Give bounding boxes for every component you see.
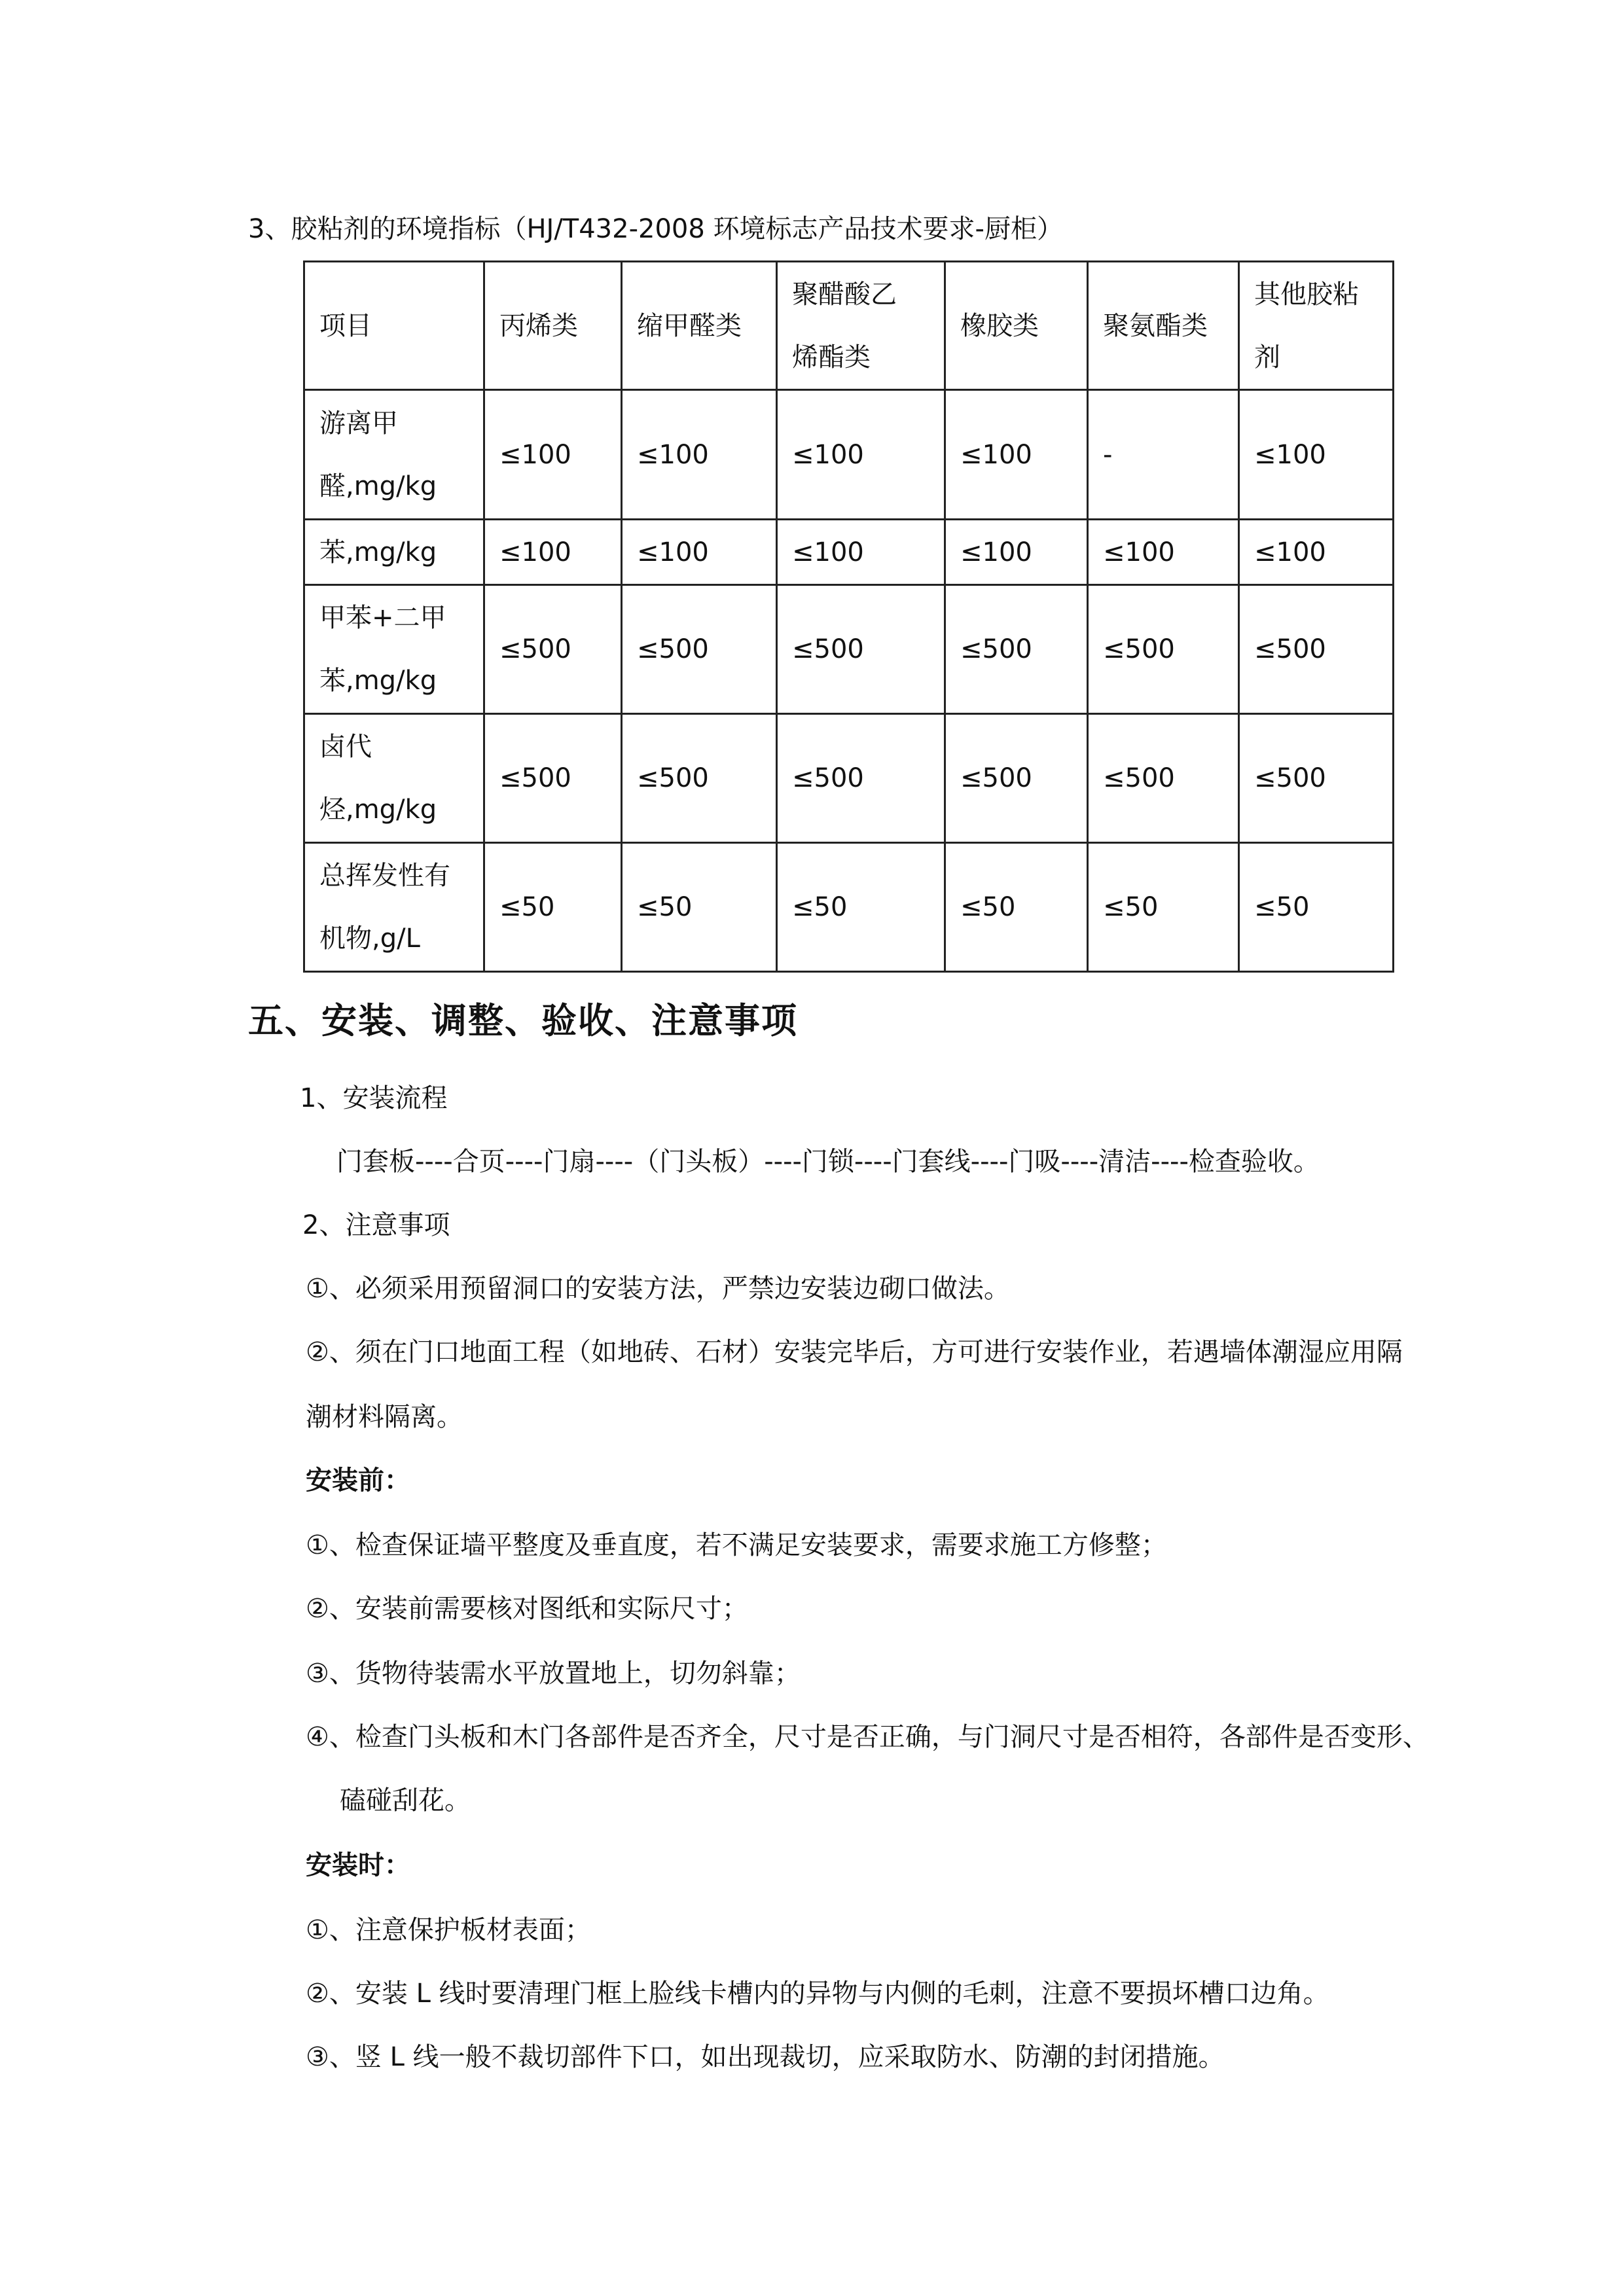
during-install-item: ②、安装 L 线时要清理门框上脸线卡槽内的异物与内侧的毛刺，注意不要损坏槽口边角… xyxy=(306,1975,1329,2012)
value-cell: ≤50 xyxy=(622,843,777,972)
table-row: 总挥发性有机物,g/L ≤50 ≤50 ≤50 ≤50 ≤50 ≤50 xyxy=(304,843,1394,972)
before-install-item-continuation: 磕碰刮花。 xyxy=(340,1782,471,1819)
install-flow-text: 门套板----合页----门扇----（门头板）----门锁----门套线---… xyxy=(336,1143,1320,1180)
value-cell: ≤50 xyxy=(484,843,622,972)
section-title-adhesive-indicators: 3、胶粘剂的环境指标（HJ/T432-2008 环境标志产品技术要求-厨柜） xyxy=(248,211,1063,247)
value-cell: ≤500 xyxy=(484,585,622,714)
subsection-title-install-flow: 1、安装流程 xyxy=(300,1080,447,1117)
value-cell: ≤50 xyxy=(945,843,1088,972)
value-cell: ≤500 xyxy=(1239,714,1394,843)
value-cell: ≤500 xyxy=(1088,585,1239,714)
row-label: 卤代烃,mg/kg xyxy=(304,714,484,843)
table-row: 卤代烃,mg/kg ≤500 ≤500 ≤500 ≤500 ≤500 ≤500 xyxy=(304,714,1394,843)
value-cell: ≤50 xyxy=(1088,843,1239,972)
value-cell: ≤100 xyxy=(622,390,777,520)
before-install-item: ②、安装前需要核对图纸和实际尺寸； xyxy=(306,1590,748,1627)
value-cell: - xyxy=(1088,390,1239,520)
before-install-item: ①、检查保证墙平整度及垂直度，若不满足安装要求，需要求施工方修整； xyxy=(306,1527,1167,1564)
value-cell: ≤100 xyxy=(622,520,777,585)
note-item: ②、须在门口地面工程（如地砖、石材）安装完毕后，方可进行安装作业，若遇墙体潮湿应… xyxy=(306,1334,1403,1371)
row-label: 苯,mg/kg xyxy=(304,520,484,585)
row-label: 总挥发性有机物,g/L xyxy=(304,843,484,972)
table-header-row: 项目 丙烯类 缩甲醛类 聚醋酸乙烯酯类 橡胶类 聚氨酯类 其他胶粘剂 xyxy=(304,262,1394,390)
value-cell: ≤100 xyxy=(484,520,622,585)
row-label: 甲苯+二甲苯,mg/kg xyxy=(304,585,484,714)
value-cell: ≤500 xyxy=(945,714,1088,843)
value-cell: ≤100 xyxy=(777,390,945,520)
header-cell-rubber: 橡胶类 xyxy=(945,262,1088,390)
value-cell: ≤100 xyxy=(945,520,1088,585)
header-cell-formal: 缩甲醛类 xyxy=(622,262,777,390)
before-install-item: ③、货物待装需水平放置地上，切勿斜靠； xyxy=(306,1655,801,1692)
table-row: 游离甲醛,mg/kg ≤100 ≤100 ≤100 ≤100 - ≤100 xyxy=(304,390,1394,520)
section-heading-installation: 五、安装、调整、验收、注意事项 xyxy=(248,998,798,1044)
value-cell: ≤500 xyxy=(622,585,777,714)
header-cell-other: 其他胶粘剂 xyxy=(1239,262,1394,390)
value-cell: ≤100 xyxy=(1088,520,1239,585)
adhesive-environment-table: 项目 丙烯类 缩甲醛类 聚醋酸乙烯酯类 橡胶类 聚氨酯类 其他胶粘剂 游离甲醛,… xyxy=(303,260,1394,973)
during-install-label: 安装时： xyxy=(306,1847,410,1884)
during-install-item: ①、注意保护板材表面； xyxy=(306,1912,591,1948)
value-cell: ≤100 xyxy=(1239,520,1394,585)
value-cell: ≤500 xyxy=(1239,585,1394,714)
subsection-title-notes: 2、注意事项 xyxy=(302,1207,450,1244)
table-row: 甲苯+二甲苯,mg/kg ≤500 ≤500 ≤500 ≤500 ≤500 ≤5… xyxy=(304,585,1394,714)
row-label: 游离甲醛,mg/kg xyxy=(304,390,484,520)
note-item: ①、必须采用预留洞口的安装方法，严禁边安装边砌口做法。 xyxy=(306,1270,1010,1307)
during-install-item: ③、竖 L 线一般不裁切部件下口，如出现裁切，应采取防水、防潮的封闭措施。 xyxy=(306,2039,1225,2075)
before-install-label: 安装前： xyxy=(306,1462,410,1499)
header-cell-pva: 聚醋酸乙烯酯类 xyxy=(777,262,945,390)
value-cell: ≤500 xyxy=(945,585,1088,714)
header-cell-item: 项目 xyxy=(304,262,484,390)
note-item-continuation: 潮材料隔离。 xyxy=(306,1399,463,1435)
value-cell: ≤100 xyxy=(484,390,622,520)
value-cell: ≤100 xyxy=(1239,390,1394,520)
before-install-item: ④、检查门头板和木门各部件是否齐全，尺寸是否正确，与门洞尺寸是否相符，各部件是否… xyxy=(306,1719,1429,1755)
value-cell: ≤500 xyxy=(1088,714,1239,843)
value-cell: ≤500 xyxy=(484,714,622,843)
value-cell: ≤100 xyxy=(945,390,1088,520)
value-cell: ≤100 xyxy=(777,520,945,585)
header-cell-polyurethane: 聚氨酯类 xyxy=(1088,262,1239,390)
value-cell: ≤500 xyxy=(622,714,777,843)
value-cell: ≤50 xyxy=(1239,843,1394,972)
value-cell: ≤500 xyxy=(777,585,945,714)
table-row: 苯,mg/kg ≤100 ≤100 ≤100 ≤100 ≤100 ≤100 xyxy=(304,520,1394,585)
header-cell-acrylic: 丙烯类 xyxy=(484,262,622,390)
value-cell: ≤500 xyxy=(777,714,945,843)
value-cell: ≤50 xyxy=(777,843,945,972)
